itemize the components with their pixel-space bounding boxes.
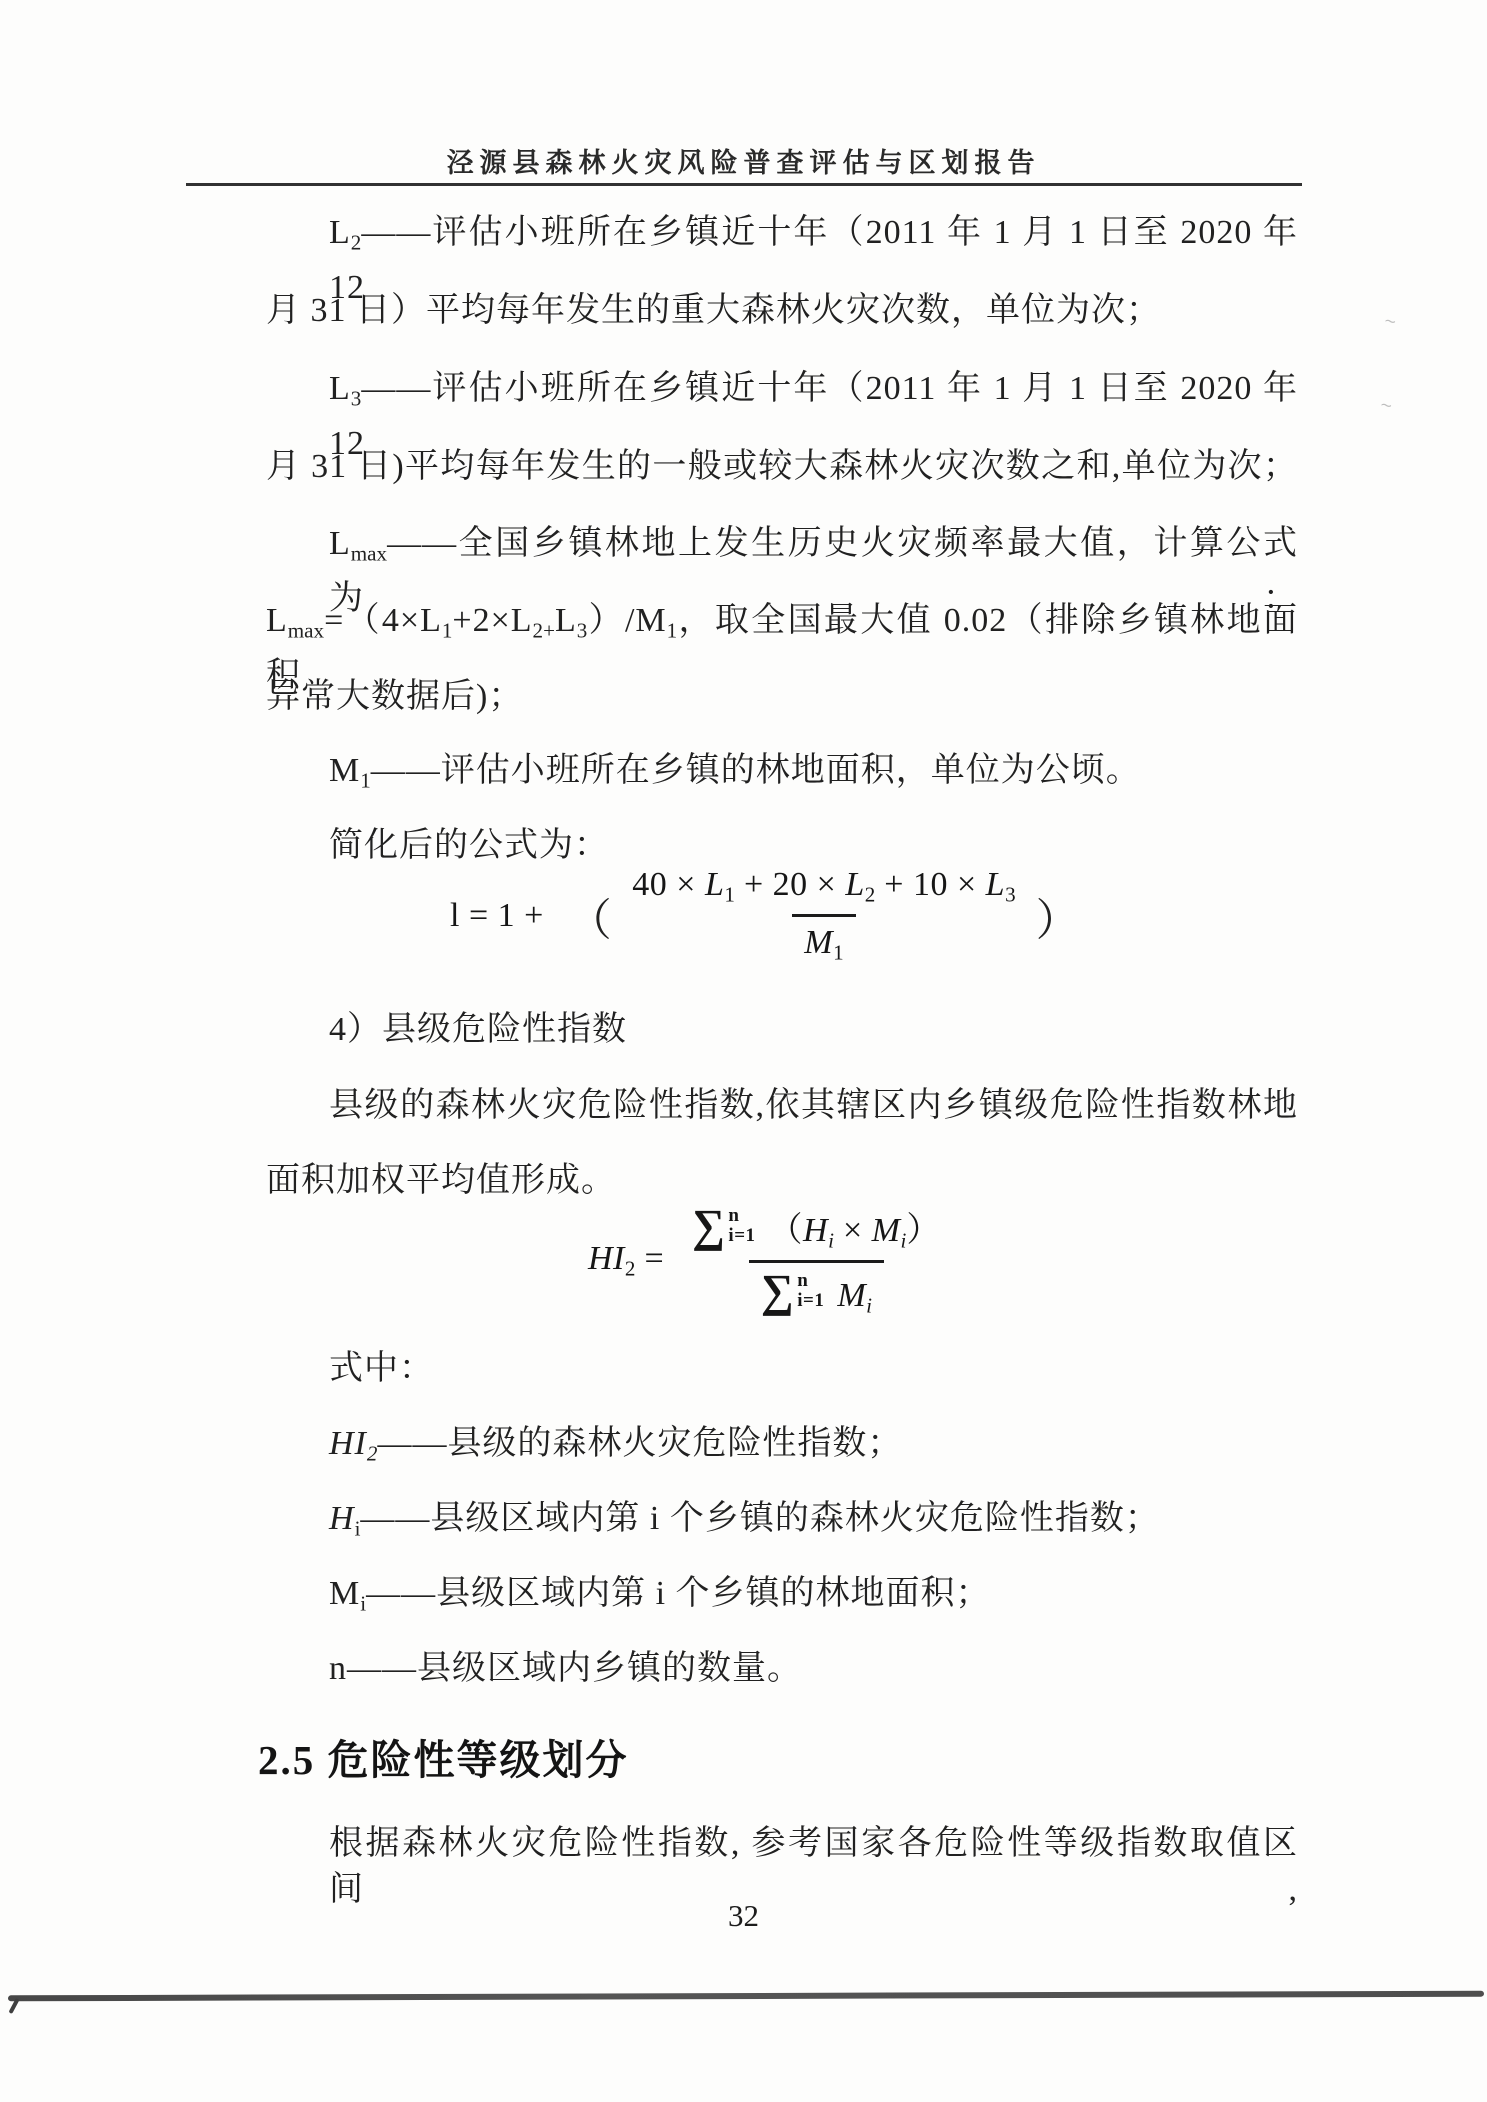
para-county-index-line1: 县级的森林火灾危险性指数,依其辖区内乡镇级危险性指数林地 xyxy=(266,1083,1298,1129)
formula-open-paren: （ xyxy=(568,884,613,948)
page-number: 32 xyxy=(0,1898,1487,1934)
para-def-hi2: HI2——县级的森林火灾危险性指数； xyxy=(266,1421,1298,1476)
para-section4-title: 4）县级危险性指数 xyxy=(266,1007,1298,1053)
para-lmax-formula-cont: 异常大数据后)； xyxy=(266,674,1298,720)
para-def-hi: Hi——县级区域内第 i 个乡镇的森林火灾危险性指数； xyxy=(266,1496,1298,1551)
section-heading-2-5: 2.5 危险性等级划分 xyxy=(258,1727,629,1786)
para-m1-definition: M1——评估小班所在乡镇的林地面积，单位为公顷。 xyxy=(266,748,1298,803)
fraction-denominator: ∑ni=1 Mi xyxy=(749,1260,884,1318)
fraction-numerator: ∑ni=1 （Hi × Mi） xyxy=(680,1202,953,1260)
para-def-mi: Mi——县级区域内第 i 个乡镇的林地面积； xyxy=(266,1571,1298,1626)
document-page: 泾源县森林火灾风险普查评估与区划报告 L2——评估小班所在乡镇近十年（2011 … xyxy=(0,0,1487,2102)
header-rule xyxy=(186,183,1302,186)
fraction: ∑ni=1 （Hi × Mi） ∑ni=1 Mi xyxy=(680,1202,953,1319)
formula-lhs: l = 1 + xyxy=(450,897,544,935)
para-where-intro: 式中： xyxy=(266,1346,1298,1392)
scan-artifact-line xyxy=(8,1991,1484,2002)
para-simplified-intro: 简化后的公式为： xyxy=(266,823,1298,869)
sum-operator: ∑ni=1 xyxy=(692,1205,755,1246)
fraction: 40 × L1 + 20 × L2 + 10 × L3 M1 xyxy=(620,866,1027,966)
formula-lhs: HI2 = xyxy=(588,1240,664,1281)
para-def-n: n——县级区域内乡镇的数量。 xyxy=(266,1646,1298,1692)
fraction-numerator: 40 × L1 + 20 × L2 + 10 × L3 xyxy=(620,866,1027,914)
scan-artifact-mark: ~ xyxy=(1382,311,1398,331)
para-l2-definition-line2: 月 31 日）平均每年发生的重大森林火灾次数，单位为次； xyxy=(266,288,1298,334)
scan-artifact-mark: ~ xyxy=(1378,395,1394,415)
formula-close-paren: ） xyxy=(1036,884,1081,948)
para-l3-definition-line2: 月 31 日)平均每年发生的一般或较大森林火灾次数之和,单位为次； xyxy=(266,444,1298,490)
fraction-denominator: M1 xyxy=(792,914,855,965)
formula-simplified-index: l = 1 + （ 40 × L1 + 20 × L2 + 10 × L3 M1… xyxy=(450,866,1088,966)
formula-county-index: HI2 = ∑ni=1 （Hi × Mi） ∑ni=1 Mi xyxy=(588,1202,953,1319)
sum-operator: ∑ni=1 xyxy=(761,1270,824,1311)
page-header-title: 泾源县森林火灾风险普查评估与区划报告 xyxy=(0,141,1487,180)
para-county-index-line2: 面积加权平均值形成。 xyxy=(266,1158,1298,1204)
